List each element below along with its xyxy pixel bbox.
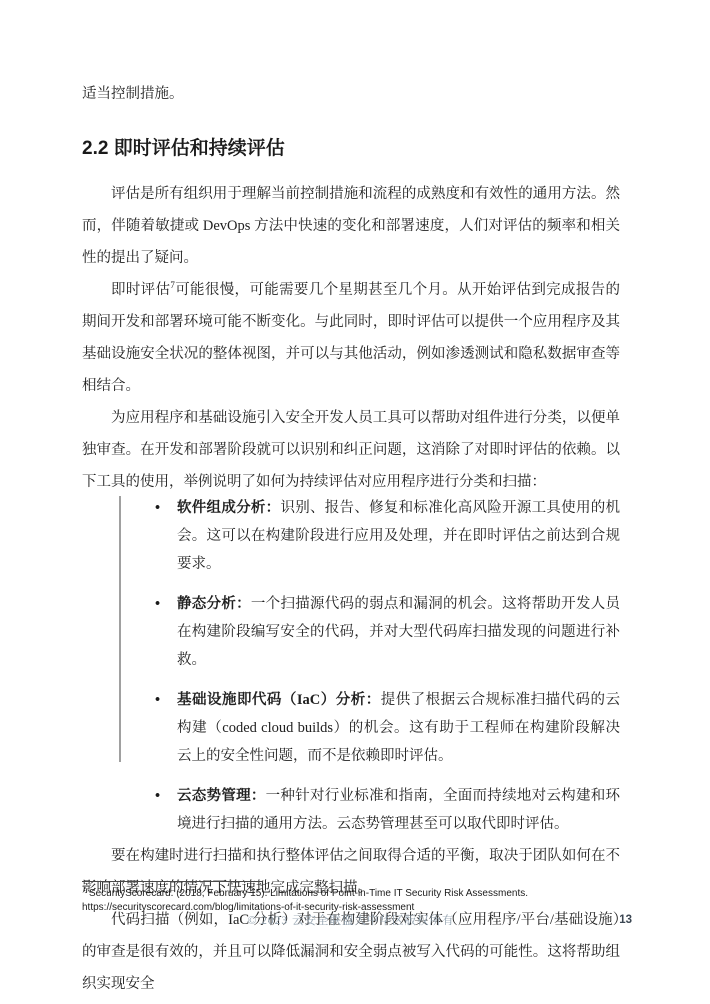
- list-item-term: 云态势管理：: [177, 788, 266, 804]
- section-heading: 2.2 即时评估和持续评估: [82, 136, 620, 162]
- footnote-separator: [82, 881, 262, 882]
- list-item-software-composition-analysis: 软件组成分析：识别、报告、修复和标准化高风险开源工具使用的机会。这可以在构建阶段…: [177, 494, 620, 578]
- paragraph-developer-tools: 为应用程序和基础设施引入安全开发人员工具可以帮助对组件进行分类，以便单独审查。在…: [82, 402, 620, 498]
- list-item-term: 软件组成分析：: [177, 500, 280, 516]
- paragraph-text: 即时评估: [111, 282, 170, 298]
- footnote-area: 7 SecurityScorecard. (2018, February 15)…: [82, 881, 620, 915]
- page-number: 13: [619, 912, 632, 928]
- footnote-marker: 7: [82, 885, 86, 894]
- list-item-cloud-posture-management: 云态势管理：一种针对行业标准和指南，全面而持续地对云构建和环境进行扫描的通用方法…: [177, 782, 620, 838]
- continuation-paragraph: 适当控制措施。: [82, 78, 620, 110]
- footnote-citation: SecurityScorecard. (2018, February 15). …: [89, 888, 528, 899]
- list-item-iac-analysis: 基础设施即代码（IaC）分析：提供了根据云合规标准扫描代码的云构建（coded …: [177, 686, 620, 770]
- footer-copyright: © 2023 云安全联盟大中华区版权所有: [82, 913, 620, 929]
- tools-list-section: 软件组成分析：识别、报告、修复和标准化高风险开源工具使用的机会。这可以在构建阶段…: [82, 494, 620, 838]
- paragraph-text: 可能很慢，可能需要几个星期甚至几个月。从开始评估到完成报告的期间开发和部署环境可…: [82, 282, 620, 394]
- footnote-7: 7 SecurityScorecard. (2018, February 15)…: [82, 887, 620, 915]
- paragraph-assessment-overview: 评估是所有组织用于理解当前控制措施和流程的成熟度和有效性的通用方法。然而，伴随着…: [82, 178, 620, 274]
- paragraph-point-in-time: 即时评估7可能很慢，可能需要几个星期甚至几个月。从开始评估到完成报告的期间开发和…: [82, 274, 620, 402]
- list-item-term: 基础设施即代码（IaC）分析：: [177, 692, 381, 708]
- list-item-static-analysis: 静态分析：一个扫描源代码的弱点和漏洞的机会。这将帮助开发人员在构建阶段编写安全的…: [177, 590, 620, 674]
- document-page: 适当控制措施。 2.2 即时评估和持续评估 评估是所有组织用于理解当前控制措施和…: [0, 0, 710, 1004]
- list-item-term: 静态分析：: [177, 596, 251, 612]
- revision-change-bar: [119, 496, 121, 762]
- tools-list: 软件组成分析：识别、报告、修复和标准化高风险开源工具使用的机会。这可以在构建阶段…: [82, 494, 620, 838]
